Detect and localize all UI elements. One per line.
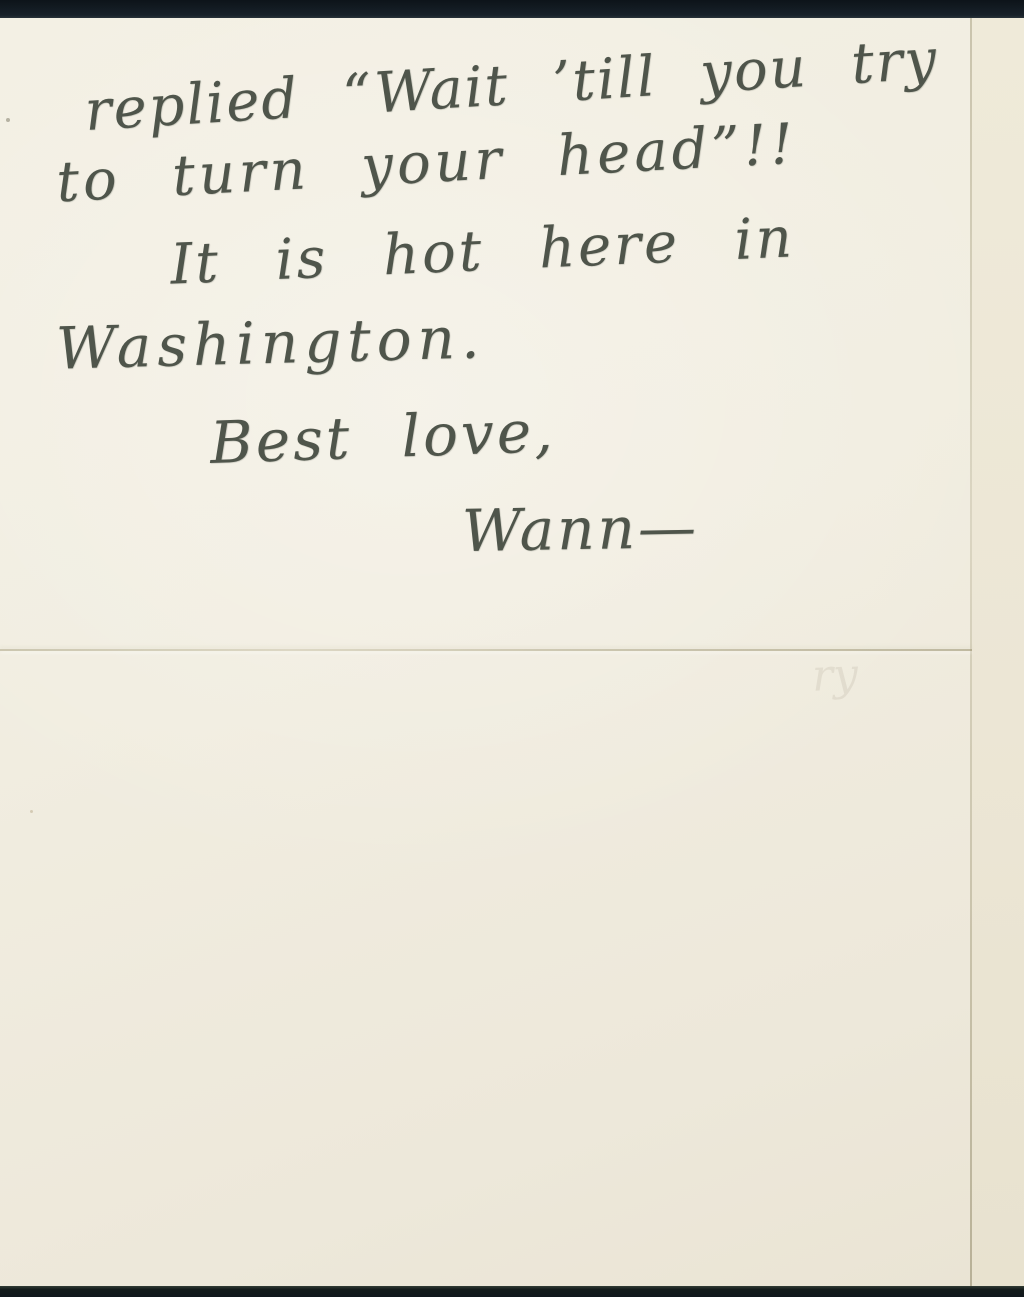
handwriting-line-4: Washington. <box>55 308 486 377</box>
paper-speck <box>30 810 33 813</box>
scanned-letter-page: ry replied “Wait ’till you try to turn y… <box>0 0 1024 1297</box>
handwriting-line-3: It is hot here in <box>169 210 796 293</box>
letter-paper: ry replied “Wait ’till you try to turn y… <box>0 18 1024 1287</box>
handwriting-signature: Wann— <box>462 498 700 560</box>
scan-border-bottom <box>0 1286 1024 1297</box>
paper-speck <box>6 118 10 122</box>
scan-border-top <box>0 0 1024 18</box>
vertical-fold-crease <box>970 18 972 1287</box>
ink-show-through-mark: ry <box>811 649 859 702</box>
handwriting-closing: Best love, <box>209 402 556 472</box>
paper-right-edge-strip <box>972 18 1024 1287</box>
handwriting-line-1: replied “Wait ’till you try <box>83 32 940 140</box>
